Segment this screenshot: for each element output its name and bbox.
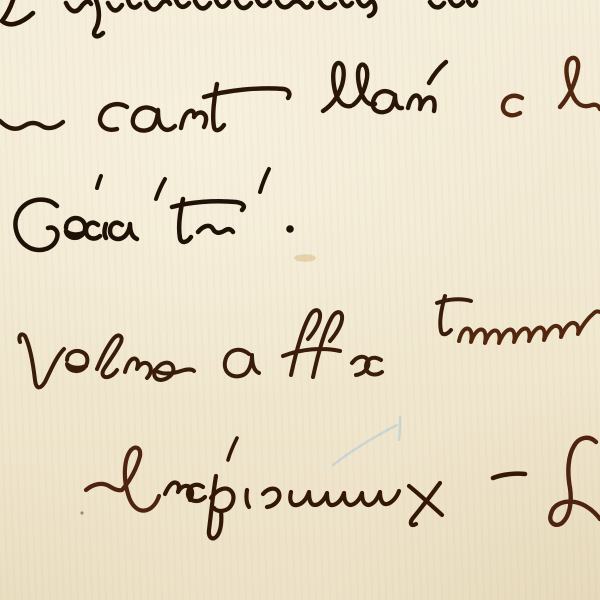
stroke-signature-accent	[228, 438, 237, 460]
stroke-word-blan	[323, 62, 446, 112]
stroke-societe-accents	[97, 169, 269, 199]
stroke-line1-segment-3	[430, 0, 476, 7]
stroke-word-carte	[100, 84, 289, 131]
blue-pencil-mark	[333, 417, 400, 465]
ink-speck	[80, 511, 83, 514]
handwriting-line-4	[19, 296, 600, 387]
stroke-word-votre	[19, 334, 194, 387]
stroke-word-affect	[225, 296, 471, 377]
stroke-line2-left-fragment	[0, 121, 63, 129]
handwriting-layer	[0, 0, 600, 600]
stroke-signature-p	[209, 476, 234, 538]
stroke-word-ionne	[459, 311, 600, 343]
handwriting-line-1	[2, 0, 476, 36]
stroke-line1-word-bottoms	[66, 0, 312, 36]
handwriting-line-2	[0, 58, 600, 131]
letter-photo: … … carte blanche Société. Votre affecti…	[0, 0, 600, 600]
stroke-line1-segment-2	[320, 0, 375, 16]
stroke-signature-re	[165, 482, 205, 500]
stroke-signature-J	[550, 438, 600, 525]
signature-hyphen	[493, 474, 525, 478]
stroke-line1-left-fragment	[2, 0, 33, 24]
stroke-signature-C-loop	[86, 448, 159, 511]
handwriting-line-3	[15, 169, 590, 250]
handwriting-signature	[80, 438, 600, 539]
foxing-spot	[294, 254, 316, 262]
stroke-signature-ieux	[246, 489, 399, 507]
stroke-word-che	[503, 58, 600, 115]
period-after-societe	[286, 225, 294, 233]
stroke-signature-x	[409, 483, 442, 525]
stroke-word-societe	[15, 199, 243, 250]
stray-comma-mark	[580, 232, 590, 247]
